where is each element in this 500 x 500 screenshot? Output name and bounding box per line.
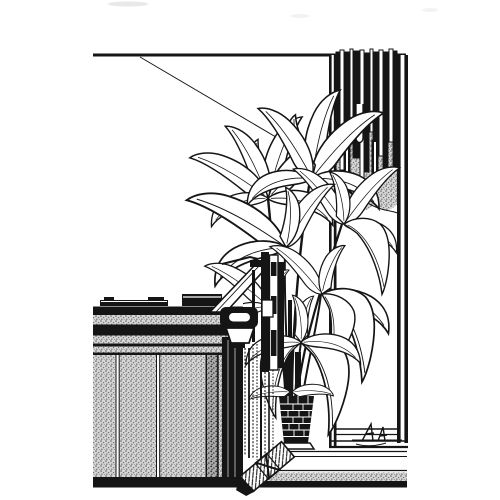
door-jamb-right — [397, 55, 408, 443]
ink-drawing — [0, 0, 500, 500]
desk-corner-post — [222, 337, 243, 481]
desk-kick-base — [93, 477, 243, 487]
desk-panels — [93, 337, 243, 487]
illustration-canvas — [0, 0, 500, 500]
